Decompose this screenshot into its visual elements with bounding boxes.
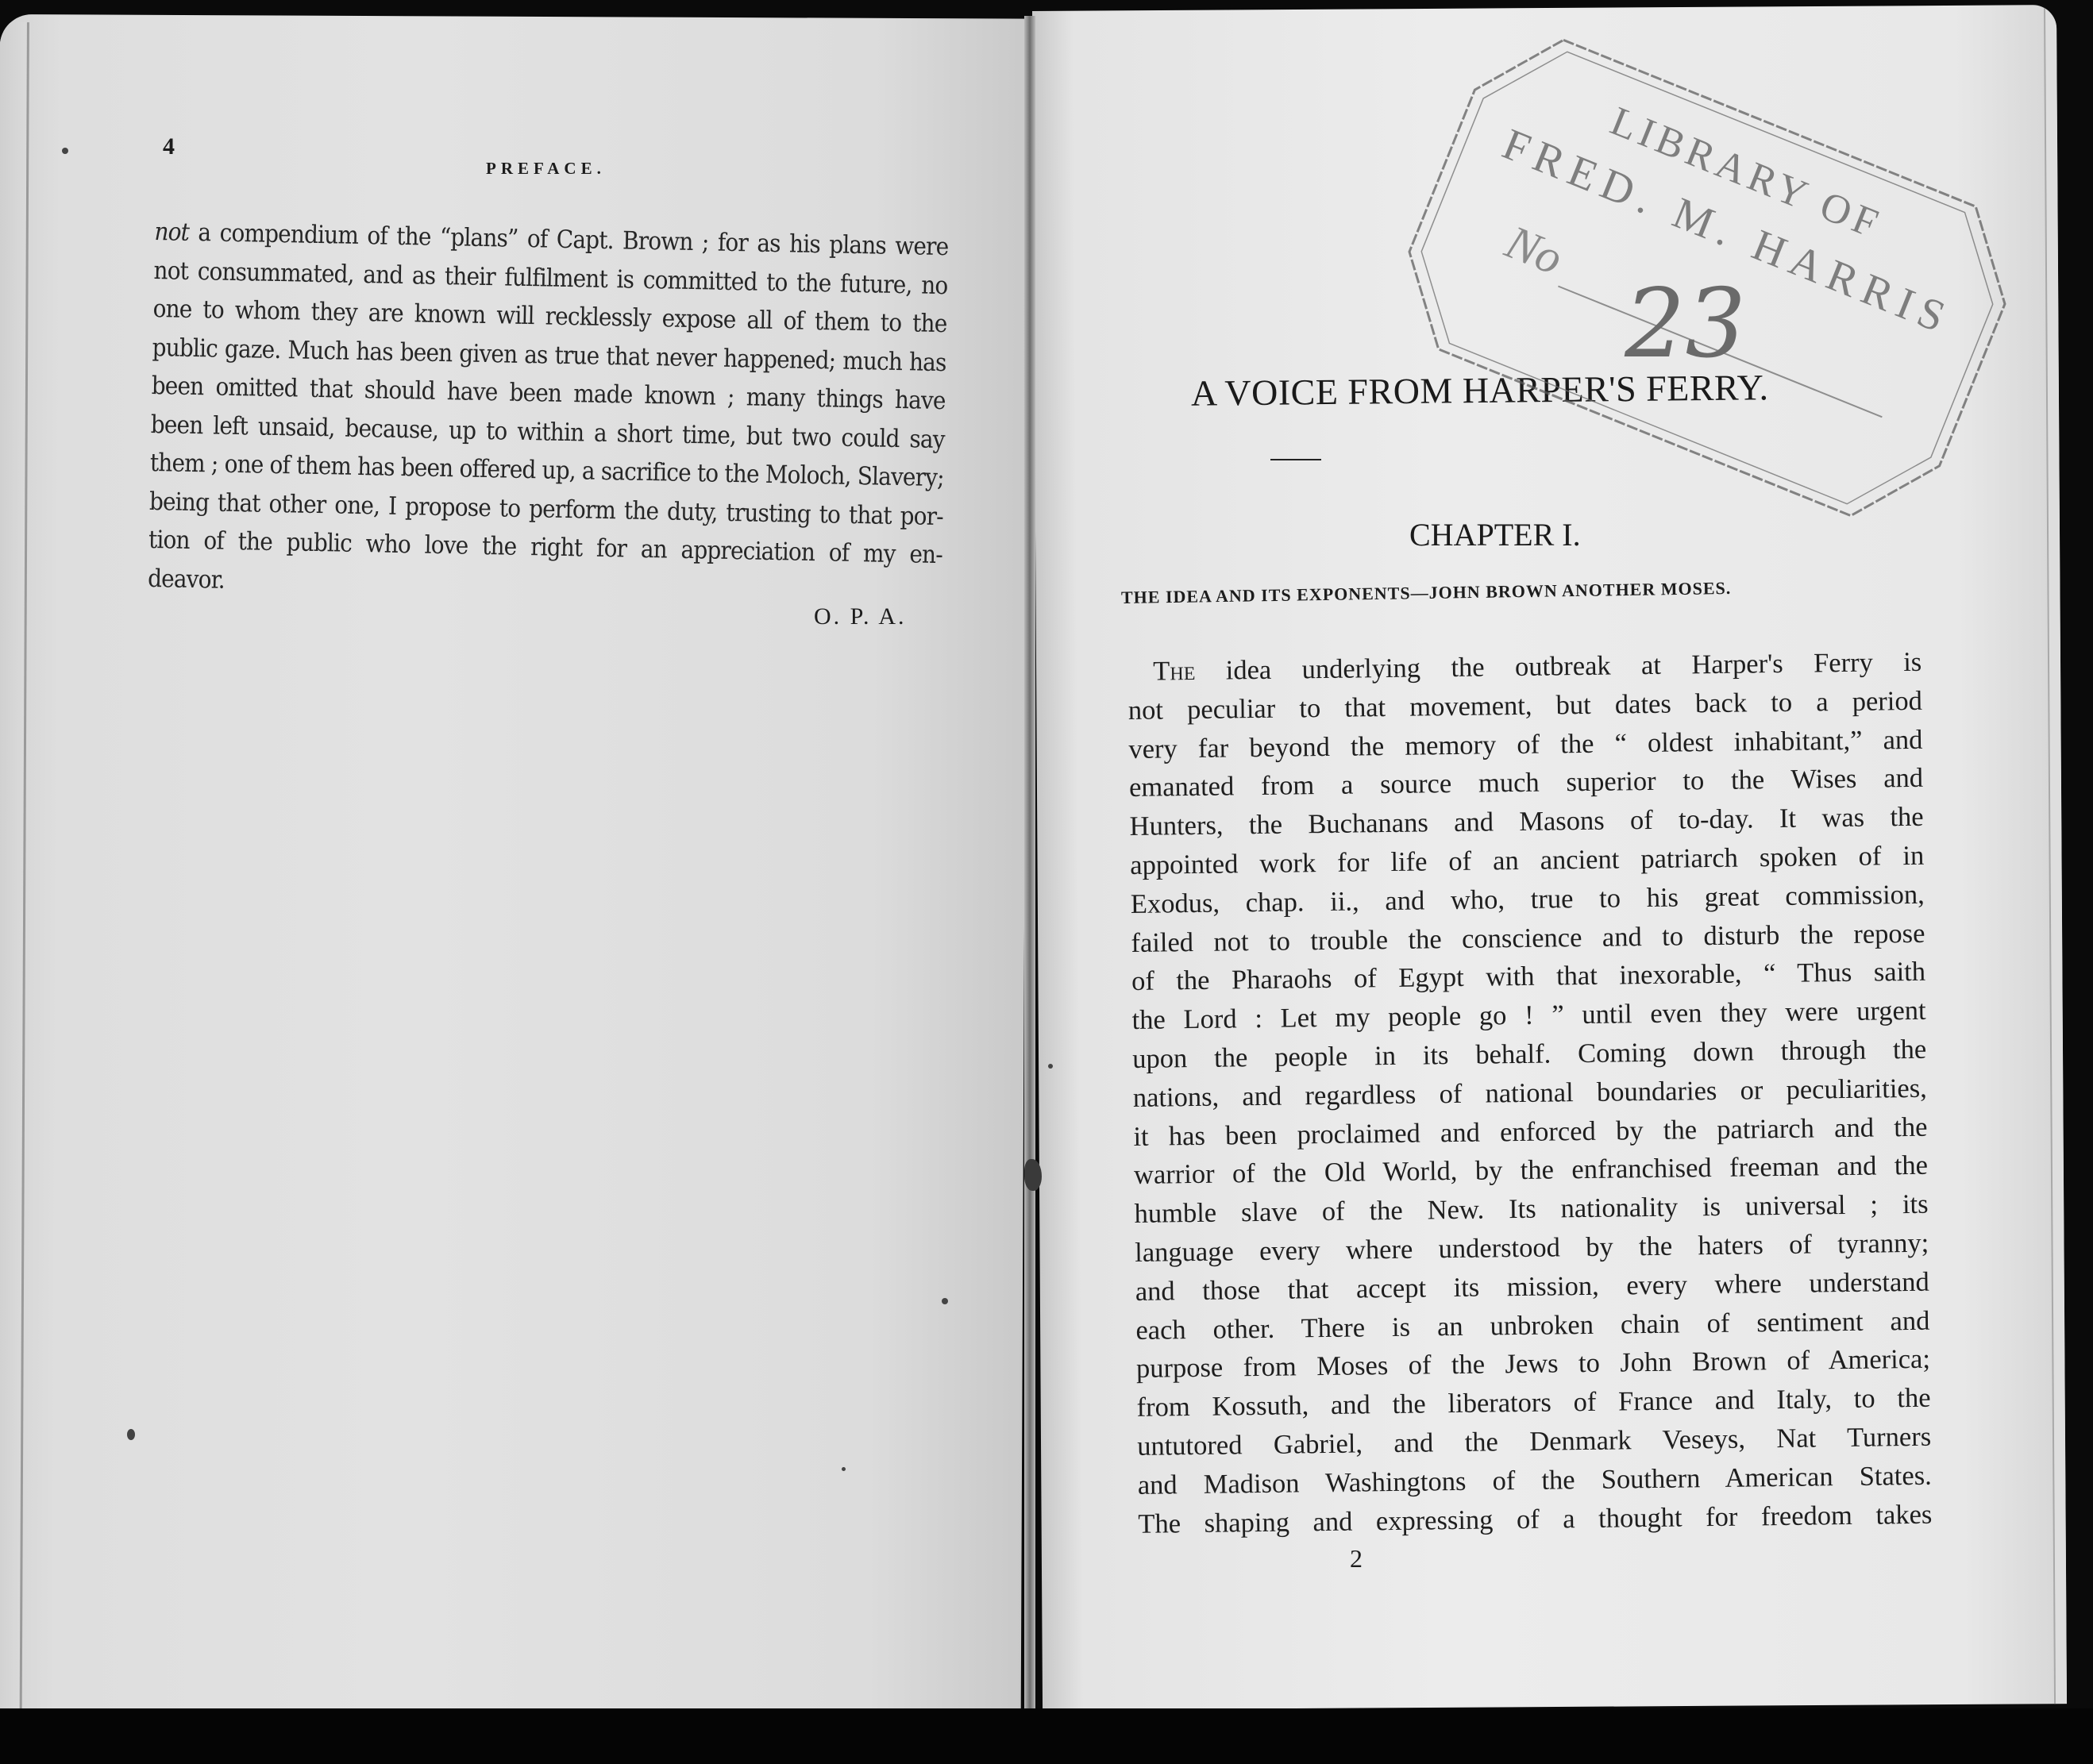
chapter-body: The idea underlying the outbreak at Harp… — [1127, 643, 1933, 1543]
opening-smallcaps: The — [1153, 656, 1196, 687]
left-page-number: 4 — [163, 133, 175, 160]
paper-speck — [1048, 1064, 1053, 1069]
chapter-heading: CHAPTER I. — [1409, 516, 1581, 553]
stamp-handwritten-number: 23 — [1625, 269, 1746, 379]
left-page-edge — [0, 22, 29, 1713]
running-head: PREFACE. — [486, 159, 606, 179]
italic-lead: not — [154, 218, 189, 247]
title-divider — [1270, 459, 1321, 460]
bottom-shadow — [0, 1708, 2093, 1764]
gutter-tear — [1024, 1159, 1042, 1191]
paper-speck — [842, 1467, 846, 1471]
book-gutter — [1024, 16, 1035, 1723]
paper-speck — [127, 1429, 135, 1440]
right-page-number: 2 — [1350, 1544, 1363, 1573]
book-spread: 4 PREFACE. not a compendium of the “plan… — [0, 0, 2093, 1764]
preface-body: not a compendium of the “plans” of Capt.… — [148, 213, 949, 613]
paper-speck — [62, 148, 68, 154]
preface-signature: O. P. A. — [814, 603, 907, 630]
right-page-edge — [2044, 5, 2067, 1704]
paper-speck — [942, 1298, 948, 1304]
